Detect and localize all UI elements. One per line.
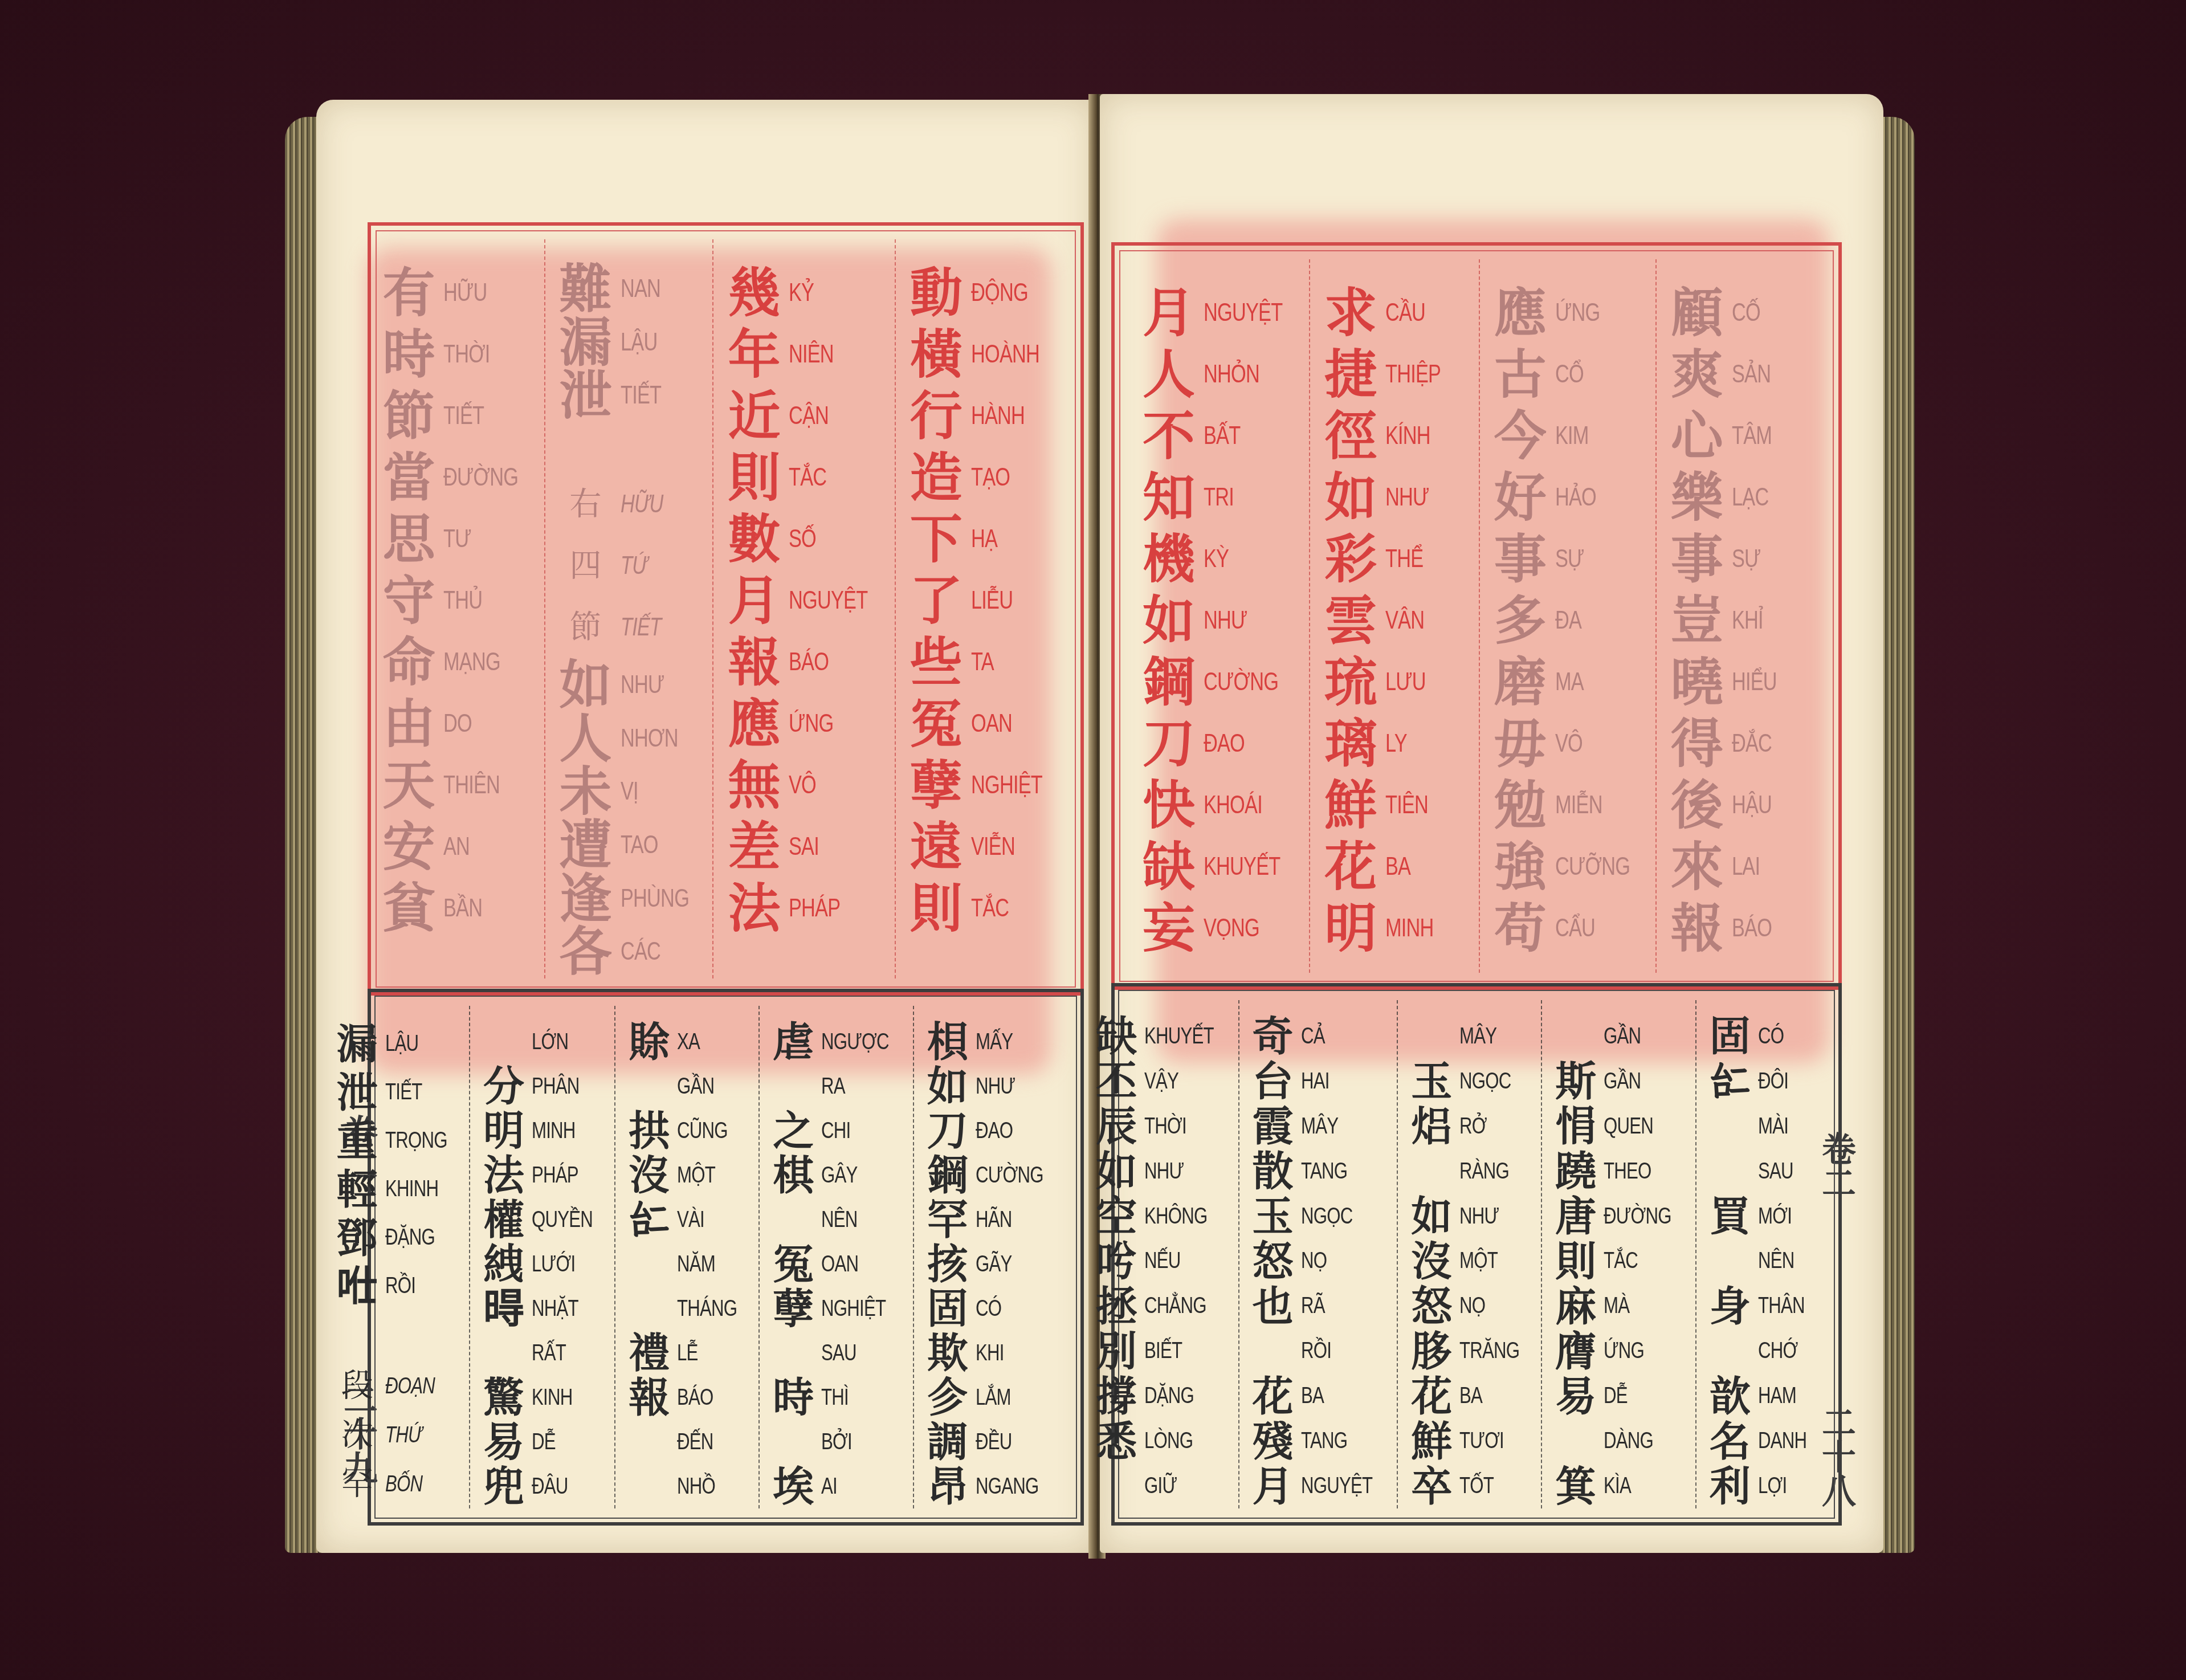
glyph-pair: 𨁪NÊN	[1706, 1239, 1820, 1284]
quoc-ngu-reading: NGỌC	[1301, 1204, 1352, 1229]
glyph-pair: 幾KỶ	[723, 262, 890, 324]
quoc-ngu-reading: HẠ	[971, 525, 997, 553]
glyph-pair: 玉NGỌC	[1407, 1059, 1536, 1104]
quoc-ngu-reading: KHỈ	[1732, 606, 1763, 635]
glyph-pair: 怒NỌ	[1407, 1283, 1536, 1328]
quoc-ngu-reading: CHẲNG	[1144, 1293, 1206, 1319]
glyph-pair: 古CỔ	[1489, 344, 1651, 405]
han-nom-character: 知	[1137, 471, 1200, 524]
glyph-pair: 心TÂM	[1666, 405, 1820, 467]
quoc-ngu-reading: XA	[677, 1029, 700, 1055]
han-nom-character: 怒	[1249, 1241, 1298, 1282]
han-nom-character: 殘	[1249, 1421, 1298, 1462]
glyph-pair: 則TẮC	[905, 878, 1062, 939]
text-column: 有HỮU時THỜI節TIẾT當ĐƯỜNG思TƯ守THỦ命MẠNG由DO天THIÊ…	[368, 239, 544, 978]
glyph-pair: 𠱊RỒI	[333, 1262, 464, 1310]
glyph-pair: 如NHƯ	[923, 1064, 1062, 1108]
han-nom-character: 法	[723, 882, 785, 935]
quoc-ngu-reading: NĂM	[677, 1251, 715, 1277]
quoc-ngu-reading: CƯỜNG	[976, 1163, 1043, 1188]
glyph-pair: 毋VÔ	[1489, 713, 1651, 774]
glyph-pair: 漏LẬU	[333, 1020, 464, 1068]
quoc-ngu-reading: ĐƯỜNG	[443, 463, 518, 492]
glyph-pair: 身THÂN	[1706, 1283, 1820, 1328]
glyph-pair: 分PHÂN	[479, 1064, 610, 1108]
glyph-pair: 冤OAN	[769, 1242, 908, 1286]
han-nom-character: 今	[1489, 410, 1552, 462]
text-column: 𢀲LỚN分PHÂN明MINH法PHÁP權QUYỀN絏LƯỚI𣈜NHẶT𡫡RẤT驚…	[469, 1006, 614, 1508]
quoc-ngu-reading: GẦN	[1604, 1069, 1641, 1094]
glyph-pair: 缺KHUYẾT	[1137, 836, 1304, 898]
glyph-pair: 樂LẠC	[1666, 467, 1820, 528]
quoc-ngu-reading: BÁO	[1732, 914, 1772, 943]
quoc-ngu-reading: THỂ	[1385, 545, 1423, 573]
quoc-ngu-reading: HỮU	[443, 279, 487, 307]
glyph-pair: 𧵆GẦN	[1551, 1014, 1690, 1059]
glyph-pair: 機KỲ	[1137, 528, 1304, 590]
text-column: 奇CẢ台HAI霞MÂY散TANG玉NGỌC怒NỌ也RÃ𢭂RỒI花BA殘TANG月…	[1238, 1000, 1397, 1508]
quoc-ngu-reading: ỨNG	[789, 709, 833, 738]
han-nom-character: 沒	[625, 1155, 674, 1196]
quoc-ngu-reading: NGUYỆT	[1301, 1473, 1372, 1499]
han-nom-character: 年	[723, 328, 785, 381]
glyph-pair: 虐NGƯỢC	[769, 1020, 908, 1064]
glyph-pair: 買MỚI	[1706, 1194, 1820, 1239]
glyph-pair: 妄VỌNG	[1137, 898, 1304, 959]
han-nom-character: 𡢐	[1706, 1151, 1755, 1192]
glyph-pair: 梖MẤY	[923, 1020, 1062, 1064]
quoc-ngu-reading: DỄ	[1604, 1383, 1628, 1409]
han-nom-character: 璃	[1319, 717, 1382, 770]
han-nom-character: 則	[723, 451, 785, 504]
text-column: 顧CỐ爽SẢN心TÂM樂LẠC事SỰ豈KHỈ曉HIỂU得ĐẮC後HẬU來LAI報…	[1655, 259, 1825, 973]
han-nom-character: 守	[377, 574, 440, 627]
quoc-ngu-reading: NỌ	[1301, 1248, 1327, 1274]
han-nom-character: 散	[1249, 1151, 1298, 1192]
glyph-pair: 拯CHẲNG	[1092, 1283, 1233, 1328]
quoc-ngu-reading: RỒI	[1301, 1338, 1331, 1364]
glyph-pair: 孽NGHIỆT	[769, 1286, 908, 1331]
quoc-ngu-reading: ĐẾN	[677, 1429, 713, 1455]
glyph-pair: 苟CẨU	[1489, 898, 1651, 959]
han-nom-character: 罕	[333, 1468, 382, 1500]
quoc-ngu-reading: AI	[821, 1474, 837, 1499]
quoc-ngu-reading: NGUYỆT	[789, 586, 867, 615]
glyph-pair: 磨MA	[1489, 651, 1651, 713]
quoc-ngu-reading: KHI	[976, 1340, 1004, 1366]
annotation-note: 右HỮU四TỨ節TIẾT	[554, 474, 708, 658]
quoc-ngu-reading: GÂY	[821, 1163, 858, 1188]
quoc-ngu-reading: HÀNH	[971, 402, 1025, 430]
glyph-pair: 悉LÒNG	[1092, 1418, 1233, 1463]
left-upper-frame: 動ĐỘNG橫HOÀNH行HÀNH造TẠO下HẠ了LIỄU些TA冤OAN孽NGHI…	[368, 222, 1084, 996]
han-nom-character: 泄	[554, 369, 617, 422]
quoc-ngu-reading: BỞI	[821, 1429, 852, 1455]
han-nom-character: 強	[1489, 841, 1552, 893]
han-nom-character: 人	[1137, 348, 1200, 401]
glyph-pair: 法PHÁP	[723, 878, 890, 939]
quoc-ngu-reading: MA	[1555, 668, 1584, 696]
quoc-ngu-reading: CỔ	[1555, 360, 1584, 389]
glyph-pair: 報BÁO	[1666, 898, 1820, 959]
glyph-pair: 鮮TƯƠI	[1407, 1418, 1536, 1463]
glyph-pair: 今KIM	[1489, 405, 1651, 467]
glyph-pair: 下HẠ	[905, 508, 1062, 570]
glyph-pair: 得ĐẮC	[1666, 713, 1820, 774]
han-nom-character: 調	[923, 1421, 972, 1462]
han-nom-character: 勉	[1489, 779, 1552, 831]
quoc-ngu-reading: RÀNG	[1459, 1159, 1509, 1184]
text-column: 應ỨNG古CỔ今KIM好HẢO事SỰ多ĐA磨MA毋VÔ勉MIỄN強CƯỠNG苟C…	[1479, 259, 1655, 973]
quoc-ngu-reading: KÍNH	[1385, 422, 1430, 450]
glyph-pair: 利LỢI	[1706, 1463, 1820, 1508]
han-nom-character: 各	[554, 925, 617, 978]
quoc-ngu-reading: PHÁP	[789, 894, 840, 923]
quoc-ngu-reading: KHINH	[385, 1176, 438, 1202]
quoc-ngu-reading: HẢO	[1555, 483, 1596, 512]
glyph-pair: 多ĐA	[1489, 590, 1651, 651]
glyph-pair: 豈KHỈ	[1666, 590, 1820, 651]
han-nom-character: 𢭂	[1249, 1331, 1298, 1372]
open-book: 卷二 二十九 動ĐỘNG橫HOÀNH行HÀNH造TẠO下HẠ了LIỄU些TA冤O…	[285, 94, 1915, 1559]
han-nom-character: 易	[479, 1421, 528, 1462]
glyph-pair: 沒MỘT	[625, 1153, 754, 1197]
han-nom-character: 妄	[1137, 902, 1200, 955]
han-nom-character: 琉	[1319, 656, 1382, 708]
han-nom-character: 下	[905, 513, 968, 565]
glyph-pair: 數SỐ	[723, 508, 890, 570]
han-nom-character: 安	[377, 821, 440, 873]
quoc-ngu-reading: KỲ	[1204, 545, 1229, 573]
han-nom-character: 應	[723, 698, 785, 750]
quoc-ngu-reading: LẬU	[385, 1031, 418, 1057]
han-nom-character: 埃	[769, 1466, 818, 1507]
han-nom-character: 驚	[479, 1377, 528, 1418]
glyph-pair: 未VỊ	[554, 765, 708, 818]
han-nom-character: 刀	[923, 1110, 972, 1151]
quoc-ngu-reading: BẤT	[1204, 422, 1240, 450]
glyph-pair: 之CHI	[769, 1108, 908, 1153]
han-nom-character: 鋼	[923, 1155, 972, 1196]
han-nom-character: 月	[1137, 287, 1200, 339]
quoc-ngu-reading: NHƯ	[1385, 483, 1429, 512]
glyph-pair: 應ỨNG	[723, 693, 890, 755]
quoc-ngu-reading: NGANG	[976, 1474, 1039, 1499]
glyph-pair: 時THÌ	[769, 1375, 908, 1420]
quoc-ngu-reading: CẦU	[1385, 299, 1425, 327]
glyph-pair: 別BIẾT	[1092, 1328, 1233, 1373]
quoc-ngu-reading: CỐ	[1732, 299, 1760, 327]
han-nom-character: 𠼺	[769, 1066, 818, 1107]
glyph-pair: 年NIÊN	[723, 324, 890, 385]
quoc-ngu-reading: THIỆP	[1385, 360, 1441, 389]
han-nom-character: 欺	[923, 1332, 972, 1373]
han-nom-character: 蹺	[1551, 1151, 1600, 1192]
quoc-ngu-reading: TRĂNG	[1459, 1338, 1519, 1364]
quoc-ngu-reading: RA	[821, 1074, 845, 1099]
glyph-pair: 段ĐOẠN	[333, 1361, 464, 1410]
han-nom-character: 𠱊	[333, 1266, 382, 1307]
glyph-pair: 捷THIỆP	[1319, 344, 1474, 405]
quoc-ngu-reading: KHUYẾT	[1204, 853, 1280, 881]
quoc-ngu-reading: TẮC	[1604, 1248, 1638, 1274]
han-nom-character: 怒	[1407, 1286, 1456, 1327]
glyph-pair: 刀ĐAO	[1137, 713, 1304, 774]
glyph-pair: 權QUYỀN	[479, 1197, 610, 1242]
han-nom-character: 四	[554, 550, 617, 582]
han-nom-character: 橫	[905, 328, 968, 381]
han-nom-character: 兜	[479, 1466, 528, 1507]
han-nom-character: 權	[479, 1199, 528, 1240]
han-nom-character: 台	[1249, 1061, 1298, 1102]
glyph-pair: 唐ĐƯỜNG	[1551, 1194, 1690, 1239]
glyph-pair: 遠VIỄN	[905, 816, 1062, 878]
quoc-ngu-reading: NỌ	[1459, 1293, 1485, 1319]
han-nom-character: 月	[1249, 1466, 1298, 1507]
quoc-ngu-reading: MỚI	[1758, 1204, 1792, 1229]
glyph-pair: 曉HIỂU	[1666, 651, 1820, 713]
quoc-ngu-reading: RỒI	[385, 1273, 415, 1299]
han-nom-character: 辰	[1092, 1106, 1141, 1147]
glyph-pair: 棋GÂY	[769, 1153, 908, 1197]
glyph-pair: 行HÀNH	[905, 385, 1062, 447]
glyph-pair: 鮮TIÊN	[1319, 774, 1474, 836]
glyph-pair: 後HẬU	[1666, 774, 1820, 836]
quoc-ngu-reading: KHOÁI	[1204, 791, 1262, 819]
glyph-pair: 右HỮU	[554, 474, 708, 535]
han-nom-character: 𣈜	[479, 1288, 528, 1329]
han-nom-character: 泄	[333, 1072, 382, 1113]
glyph-pair: 明MINH	[479, 1108, 610, 1153]
quoc-ngu-reading: RẤT	[532, 1340, 566, 1366]
glyph-pair: 月NGUYỆT	[1249, 1463, 1393, 1508]
left-lower-columns: 梖MẤY如NHƯ刀ĐAO鋼CƯỜNG罕HÃN㧡GÃY固CÓ欺KHI㐱LẮM調ĐỀ…	[385, 1006, 1067, 1508]
han-nom-character: 輕	[333, 1169, 382, 1210]
glyph-pair: 𡨹GIỮ	[1092, 1463, 1233, 1508]
glyph-pair: 節TIẾT	[377, 385, 539, 447]
han-nom-character: 報	[723, 636, 785, 688]
han-nom-character: 漏	[554, 316, 617, 369]
quoc-ngu-reading: NHƯ	[1144, 1159, 1184, 1184]
glyph-pair: 無VÔ	[723, 755, 890, 816]
glyph-pair: 由DO	[377, 693, 539, 755]
glyph-pair: 明MINH	[1319, 898, 1474, 959]
text-column: 固CÓ𠄩ĐÔI𥒥MÀI𡢐SAU買MỚI𨁪NÊN身THÂN𡥵CHỚ歆HAM名DAN…	[1695, 1000, 1825, 1508]
han-nom-character: 如	[1137, 594, 1200, 647]
han-nom-character: 卒	[1407, 1466, 1456, 1507]
quoc-ngu-reading: LÒNG	[1144, 1428, 1193, 1454]
quoc-ngu-reading: BỐN	[385, 1471, 422, 1497]
quoc-ngu-reading: THỨ	[385, 1422, 422, 1448]
han-nom-character: 樂	[1666, 471, 1728, 524]
quoc-ngu-reading: MỘT	[1459, 1248, 1498, 1274]
quoc-ngu-reading: LY	[1385, 729, 1407, 758]
quoc-ngu-reading: PHÙNG	[621, 884, 689, 913]
han-nom-character: 人	[554, 712, 617, 765]
quoc-ngu-reading: THỜI	[443, 340, 490, 369]
text-column: 動ĐỘNG橫HOÀNH行HÀNH造TẠO下HẠ了LIỄU些TA冤OAN孽NGHI…	[895, 239, 1067, 978]
quoc-ngu-reading: MÀI	[1758, 1114, 1788, 1139]
han-nom-character: 𦚢	[625, 1288, 674, 1329]
right-upper-columns: 顧CỐ爽SẢN心TÂM樂LẠC事SỰ豈KHỈ曉HIỂU得ĐẮC後HẬU來LAI報…	[1128, 259, 1825, 973]
quoc-ngu-reading: TỐT	[1459, 1473, 1494, 1499]
glyph-pair: 近CẬN	[723, 385, 890, 447]
quoc-ngu-reading: SẢN	[1732, 360, 1771, 389]
glyph-pair: 璃LY	[1319, 713, 1474, 774]
han-nom-character: 捷	[1319, 348, 1382, 401]
han-nom-character: 爽	[1666, 348, 1728, 401]
han-nom-character: 幾	[723, 267, 785, 319]
text-column: 賖XA𧵆GẦN拱CŨNG沒MỘT𠄩VÀI𢆥NĂM𦚢THÁNG禮LỄ報BÁO𦤾ĐẾ…	[614, 1006, 758, 1508]
quoc-ngu-reading: ĐÔI	[1758, 1069, 1788, 1094]
glyph-pair: 重TRỌNG	[333, 1116, 464, 1165]
han-nom-character: 也	[1249, 1286, 1298, 1327]
quoc-ngu-reading: TIẾT	[385, 1079, 422, 1105]
han-nom-character: 𢆥	[625, 1243, 674, 1285]
han-nom-character: 事	[1666, 533, 1728, 585]
glyph-pair: 如NHƯ	[1407, 1194, 1536, 1239]
han-nom-character: 如	[1407, 1196, 1456, 1237]
glyph-pair: 報BÁO	[723, 631, 890, 693]
glyph-pair: 蹺THEO	[1551, 1149, 1690, 1194]
han-nom-character: 孽	[769, 1288, 818, 1329]
text-column: 𧵆GẦN斯GẦN悁QUEN蹺THEO唐ĐƯỜNG則TẮC麻MÀ膺ỨNG易DỄ𠁝D…	[1541, 1000, 1695, 1508]
quoc-ngu-reading: DÀNG	[1604, 1428, 1653, 1454]
han-nom-character: 豈	[1666, 594, 1728, 647]
glyph-pair: 花BA	[1249, 1373, 1393, 1418]
quoc-ngu-reading: SỐ	[789, 525, 816, 553]
glyph-pair: 泄TIẾT	[554, 369, 708, 422]
quoc-ngu-reading: NAN	[621, 275, 660, 303]
glyph-pair: 鄧ĐẶNG	[333, 1213, 464, 1262]
quoc-ngu-reading: NGHIỆT	[821, 1296, 886, 1322]
glyph-pair: 各CÁC	[554, 925, 708, 978]
han-nom-character: 易	[1551, 1376, 1600, 1417]
quoc-ngu-reading: TRỌNG	[385, 1128, 447, 1153]
quoc-ngu-reading: TẮC	[789, 463, 826, 492]
quoc-ngu-reading: BÁO	[677, 1385, 713, 1410]
han-nom-character: 冤	[905, 698, 968, 750]
glyph-pair: 逢PHÙNG	[554, 872, 708, 925]
quoc-ngu-reading: CŨNG	[677, 1118, 728, 1144]
quoc-ngu-reading: TẠO	[971, 463, 1010, 492]
glyph-pair: 絏LƯỚI	[479, 1242, 610, 1286]
han-nom-character: 近	[723, 390, 785, 442]
quoc-ngu-reading: MINH	[532, 1118, 576, 1144]
glyph-pair: 強CƯỠNG	[1489, 836, 1651, 898]
han-nom-character: 𤈜	[1407, 1151, 1456, 1192]
han-nom-character: 心	[1666, 410, 1728, 462]
glyph-pair: 罕BỐN	[333, 1459, 464, 1508]
quoc-ngu-reading: ĐA	[1555, 606, 1581, 635]
glyph-pair: 命MẠNG	[377, 631, 539, 693]
han-nom-character: 如	[923, 1066, 972, 1107]
quoc-ngu-reading: DANH	[1758, 1428, 1806, 1454]
quoc-ngu-reading: MIỄN	[1555, 791, 1602, 819]
glyph-pair: 來LAI	[1666, 836, 1820, 898]
quoc-ngu-reading: ĐƯỜNG	[1604, 1204, 1671, 1229]
quoc-ngu-reading: QUEN	[1604, 1114, 1653, 1139]
glyph-pair: 𨁪NÊN	[769, 1197, 908, 1242]
han-nom-character: 𡫡	[479, 1332, 528, 1373]
han-nom-character: 焒	[1407, 1106, 1456, 1147]
glyph-pair: 泄TIẾT	[333, 1068, 464, 1116]
glyph-pair: 𧵆GẦN	[625, 1064, 754, 1108]
text-column: 漏LẬU泄TIẾT重TRỌNG輕KHINH鄧ĐẶNG𠱊RỒI段ĐOẠN次THỨ罕…	[324, 1006, 469, 1508]
quoc-ngu-reading: TƯ	[443, 525, 471, 553]
han-nom-character: 不	[1137, 410, 1200, 462]
glyph-pair: 則TẮC	[1551, 1239, 1690, 1284]
han-nom-character: 來	[1666, 841, 1728, 893]
glyph-pair: 𠼺RA	[769, 1064, 908, 1108]
glyph-pair: 法PHÁP	[479, 1153, 610, 1197]
quoc-ngu-reading: KIM	[1555, 422, 1589, 450]
quoc-ngu-reading: MINH	[1385, 914, 1434, 943]
glyph-pair: 名DANH	[1706, 1418, 1820, 1463]
han-nom-character: 缺	[1137, 841, 1200, 893]
quoc-ngu-reading: BA	[1301, 1383, 1324, 1409]
han-nom-character: 顧	[1666, 287, 1728, 339]
quoc-ngu-reading: CƯỠNG	[1555, 853, 1630, 881]
quoc-ngu-reading: SỰ	[1732, 545, 1761, 573]
quoc-ngu-reading: NGUYỆT	[1204, 299, 1282, 327]
han-nom-character: 差	[723, 821, 785, 873]
han-nom-character: 鮮	[1319, 779, 1382, 831]
quoc-ngu-reading: BÁO	[789, 648, 829, 676]
quoc-ngu-reading: MÂY	[1459, 1024, 1496, 1049]
glyph-pair: 撐DẶNG	[1092, 1373, 1233, 1418]
quoc-ngu-reading: MẤY	[976, 1029, 1013, 1055]
han-nom-character: 撐	[1092, 1376, 1141, 1417]
quoc-ngu-reading: NHƯ	[1459, 1204, 1499, 1229]
han-nom-character: 毋	[1489, 717, 1552, 770]
quoc-ngu-reading: ĐAO	[1204, 729, 1245, 758]
han-nom-character: 刀	[1137, 717, 1200, 770]
han-nom-character: 重	[333, 1120, 382, 1161]
quoc-ngu-reading: BẦN	[443, 894, 482, 923]
han-nom-character: 報	[625, 1377, 674, 1418]
glyph-pair: 膺ỨNG	[1551, 1328, 1690, 1373]
glyph-pair: 調ĐỀU	[923, 1420, 1062, 1464]
han-nom-character: 無	[723, 759, 785, 812]
han-nom-character: 之	[769, 1110, 818, 1151]
glyph-pair: 造TẠO	[905, 447, 1062, 508]
quoc-ngu-reading: QUYỀN	[532, 1207, 593, 1233]
han-nom-character: 多	[1489, 594, 1552, 647]
quoc-ngu-reading: SAU	[1758, 1159, 1793, 1184]
quoc-ngu-reading: CÓ	[1758, 1024, 1784, 1049]
han-nom-character: 分	[479, 1066, 528, 1107]
glyph-pair: 則TẮC	[723, 447, 890, 508]
quoc-ngu-reading: LƯU	[1385, 668, 1426, 696]
han-nom-character: 時	[377, 328, 440, 381]
quoc-ngu-reading: LỄ	[677, 1340, 698, 1366]
han-nom-character: 固	[923, 1288, 972, 1329]
glyph-pair: 𡀯BỞI	[769, 1420, 908, 1464]
quoc-ngu-reading: SAU	[821, 1340, 857, 1366]
glyph-pair: 㐱LẮM	[923, 1375, 1062, 1420]
quoc-ngu-reading: VỊ	[621, 777, 638, 806]
glyph-pair: 琉LƯU	[1319, 651, 1474, 713]
glyph-pair: 驚KINH	[479, 1375, 610, 1420]
quoc-ngu-reading: NHỒ	[677, 1474, 715, 1499]
han-nom-character: 身	[1706, 1286, 1755, 1327]
han-nom-character: 思	[377, 513, 440, 565]
glyph-pair: 守THỦ	[377, 570, 539, 631]
quoc-ngu-reading: ĐẮC	[1732, 729, 1772, 758]
han-nom-character: 應	[1489, 287, 1552, 339]
glyph-pair: 歆HAM	[1706, 1373, 1820, 1418]
